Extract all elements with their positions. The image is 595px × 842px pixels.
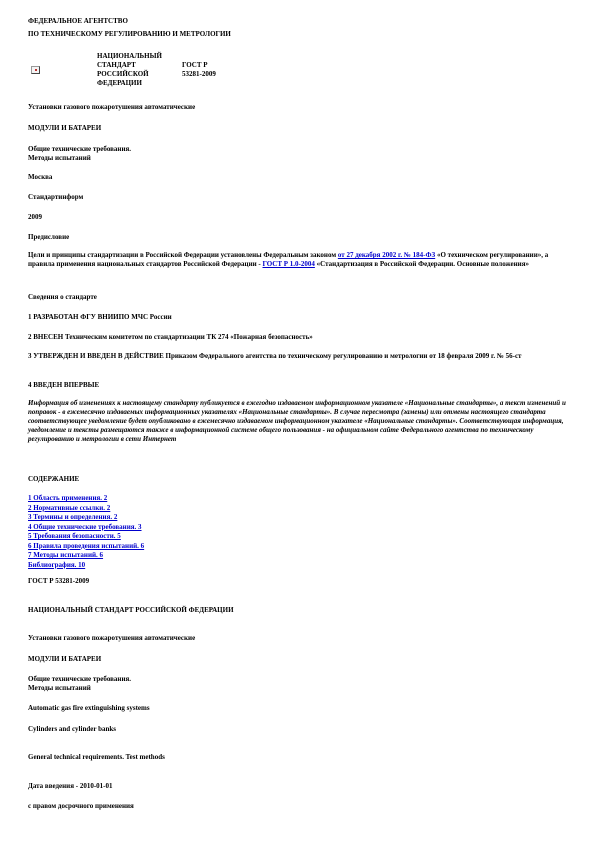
toc-heading: СОДЕРЖАНИЕ [28,475,79,484]
english-subject: Automatic gas fire extinguishing systems [28,704,150,713]
publisher: Стандартинформ [28,193,83,202]
foreword-heading: Предисловие [28,233,69,242]
foreword-text-part1: Цели и принципы стандартизации в Российс… [28,251,338,259]
gost-reference: ГОСТ Р 53281-2009 [28,577,89,586]
national-label-line4: ФЕДЕРАЦИИ [97,79,142,88]
agency-name-line2: ПО ТЕХНИЧЕСКОМУ РЕГУЛИРОВАНИЮ И МЕТРОЛОГ… [28,30,231,39]
foreword-paragraph: Цели и принципы стандартизации в Российс… [28,251,568,269]
toc-item-terms[interactable]: 3 Термины и определения. 2 [28,513,144,523]
national-label-line3: РОССИЙСКОЙ [97,70,149,79]
about-item-3: 3 УТВЕРЖДЕН И ВВЕДЕН В ДЕЙСТВИЕ Приказом… [28,352,568,361]
table-of-contents: 1 Область применения. 2 2 Нормативные сс… [28,494,144,570]
gost-label-line1: ГОСТ Р [182,61,208,70]
toc-item-test-rules[interactable]: 6 Правила проведения испытаний. 6 [28,542,144,552]
toc-item-safety[interactable]: 5 Требования безопасности. 5 [28,532,144,542]
introduction-date: Дата введения - 2010-01-01 [28,782,112,791]
gost-r-1-0-2004-link[interactable]: ГОСТ Р 1.0-2004 [263,260,315,268]
early-application-note: с правом досрочного применения [28,802,134,811]
publication-city: Москва [28,173,52,182]
national-label-line2: СТАНДАРТ [97,61,136,70]
broken-image-icon [31,66,40,74]
document-subtitle-line1: Общие технические требования. [28,145,131,154]
english-subtitle: General technical requirements. Test met… [28,753,165,762]
toc-item-references[interactable]: 2 Нормативные ссылки. 2 [28,504,144,514]
toc-item-requirements[interactable]: 4 Общие технические требования. 3 [28,523,144,533]
document-subject: Установки газового пожаротушения автомат… [28,103,195,112]
changes-info-paragraph: Информация об изменениях к настоящему ст… [28,399,568,444]
toc-item-scope[interactable]: 1 Область применения. 2 [28,494,144,504]
about-heading: Сведения о стандарте [28,293,97,302]
body-subtitle-line2: Методы испытаний [28,684,91,693]
body-subject: Установки газового пожаротушения автомат… [28,634,195,643]
publication-year: 2009 [28,213,42,222]
national-standard-heading: НАЦИОНАЛЬНЫЙ СТАНДАРТ РОССИЙСКОЙ ФЕДЕРАЦ… [28,606,234,615]
english-title: Cylinders and cylinder banks [28,725,116,734]
toc-item-test-methods[interactable]: 7 Методы испытаний. 6 [28,551,144,561]
document-subtitle-line2: Методы испытаний [28,154,91,163]
body-subtitle-line1: Общие технические требования. [28,675,131,684]
gost-number: 53281-2009 [182,70,216,79]
national-label-line1: НАЦИОНАЛЬНЫЙ [97,52,162,61]
document-title: МОДУЛИ И БАТАРЕИ [28,124,101,133]
agency-name-line1: ФЕДЕРАЛЬНОЕ АГЕНТСТВО [28,17,128,26]
about-item-4: 4 ВВЕДЕН ВПЕРВЫЕ [28,381,99,390]
foreword-text-part3: «Стандартизация в Российской Федерации. … [315,260,529,268]
about-item-2: 2 ВНЕСЕН Техническим комитетом по станда… [28,333,313,342]
body-title: МОДУЛИ И БАТАРЕИ [28,655,101,664]
about-item-1: 1 РАЗРАБОТАН ФГУ ВНИИПО МЧС России [28,313,172,322]
toc-item-bibliography[interactable]: Библиография. 10 [28,561,144,571]
federal-law-link[interactable]: от 27 декабря 2002 г. № 184-ФЗ [338,251,435,259]
